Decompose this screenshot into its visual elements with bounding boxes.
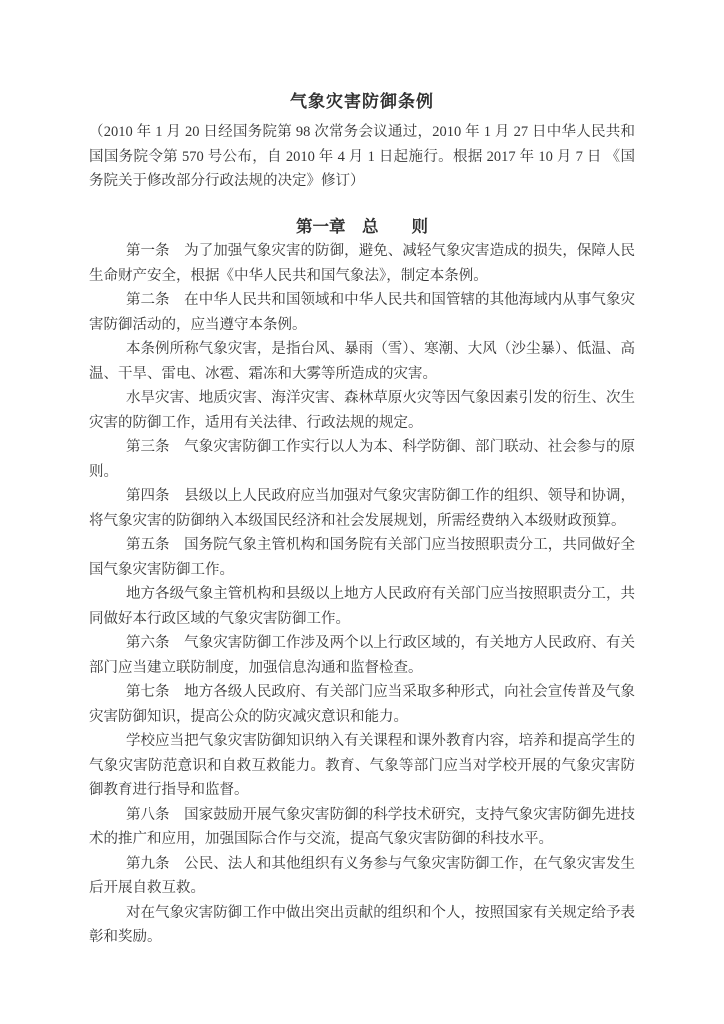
article-paragraph: 第五条 国务院气象主管机构和国务院有关部门应当按照职责分工，共同做好全国气象灾害… [89,533,635,582]
article-paragraph: 第三条 气象灾害防御工作实行以人为本、科学防御、部门联动、社会参与的原则。 [89,435,635,484]
article-paragraph: 本条例所称气象灾害，是指台风、暴雨（雪）、寒潮、大风（沙尘暴）、低温、高温、干旱… [89,337,635,386]
article-paragraph: 地方各级气象主管机构和县级以上地方人民政府有关部门应当按照职责分工，共同做好本行… [89,582,635,631]
document-preamble: （2010 年 1 月 20 日经国务院第 98 次常务会议通过，2010 年 … [89,120,635,194]
article-paragraph: 学校应当把气象灾害防御知识纳入有关课程和课外教育内容，培养和提高学生的气象灾害防… [89,729,635,803]
article-paragraph: 第四条 县级以上人民政府应当加强对气象灾害防御工作的组织、领导和协调，将气象灾害… [89,484,635,533]
article-paragraph: 第七条 地方各级人民政府、有关部门应当采取多种形式，向社会宣传普及气象灾害防御知… [89,680,635,729]
document-page: 气象灾害防御条例 （2010 年 1 月 20 日经国务院第 98 次常务会议通… [0,0,724,1024]
article-paragraph: 第九条 公民、法人和其他组织有义务参与气象灾害防御工作，在气象灾害发生后开展自救… [89,852,635,901]
article-paragraph: 第二条 在中华人民共和国领域和中华人民共和国管辖的其他海域内从事气象灾害防御活动… [89,288,635,337]
article-paragraph: 对在气象灾害防御工作中做出突出贡献的组织和个人，按照国家有关规定给予表彰和奖励。 [89,901,635,950]
article-paragraph: 第八条 国家鼓励开展气象灾害防御的科学技术研究，支持气象灾害防御先进技术的推广和… [89,803,635,852]
article-paragraph: 水旱灾害、地质灾害、海洋灾害、森林草原火灾等因气象因素引发的衍生、次生灾害的防御… [89,386,635,435]
document-title: 气象灾害防御条例 [89,90,635,114]
chapter-heading: 第一章 总 则 [89,215,635,240]
article-paragraph: 第一条 为了加强气象灾害的防御，避免、减轻气象灾害造成的损失，保障人民生命财产安… [89,239,635,288]
article-paragraph: 第六条 气象灾害防御工作涉及两个以上行政区域的，有关地方人民政府、有关部门应当建… [89,631,635,680]
chapter-body: 第一条 为了加强气象灾害的防御，避免、减轻气象灾害造成的损失，保障人民生命财产安… [89,239,635,950]
